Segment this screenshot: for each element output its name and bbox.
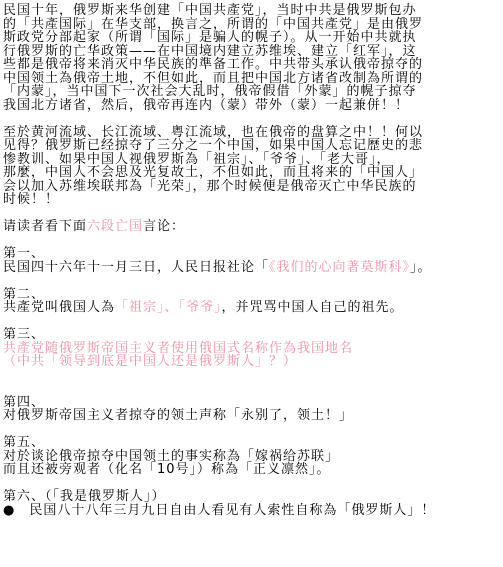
section1-post: 」。 [410,260,432,275]
blank-line [3,274,501,288]
paragraph2-line: 惨教训、如果中国人视俄罗斯為「祖宗」、「爷爷」、「老大哥」， [3,153,501,167]
paragraph2-line: 会以加入苏维埃联邦為「光荣」，那个时候便是俄帝灭亡中华民族的 [3,180,501,194]
paragraph1-line: 我国北方诸省，然后，俄帝再连内（蒙）带外（蒙）一起兼併！！ [3,99,501,113]
section6-text: 民国八十八年三月九日自由人看见有人索性自称為「俄罗斯人」！ [29,503,435,518]
section5-line: 对於谈论俄帝掠夺中国领土的事实称為「嫁祸给苏联」 [3,450,501,464]
paragraph1-line: 的「共產国际」在华支部，换言之，所谓的「中国共產党」是由俄罗 [3,18,501,32]
section2-highlight: 「祖宗」、「爷爷」 [115,300,222,315]
section2-label: 第二、 [3,288,501,302]
intro-pre: 请读者看下面 [3,219,87,234]
section3-highlight-line: 共產党随俄罗斯帝国主义者使用俄国式名称作為我国地名 [3,342,501,356]
bullet-icon: ● [3,504,14,518]
section4-line: 对俄罗斯帝国主义者掠夺的领土声称「永别了，领土！」 [3,409,501,423]
intro-highlight: 六段亡国 [87,219,143,234]
blank-line [3,234,501,248]
section3-label: 第三、 [3,328,501,342]
paragraph1-line: 民国十年，俄罗斯来华创建「中国共產党」，当时中共是俄罗斯包办 [3,4,501,18]
section2-post: ，并咒骂中国人自己的祖先。 [222,300,404,315]
paragraph2-line: 见得？俄罗斯已经掠夺了三分之一个中国，如果中国人忘记歷史的悲 [3,139,501,153]
page: { "colors": { "text": "#000000", "highli… [0,0,503,567]
document: 民国十年，俄罗斯来华创建「中国共產党」，当时中共是俄罗斯包办 的「共產国际」在华… [0,0,503,517]
paragraph2-line: 时候！！ [3,193,501,207]
blank-line [3,112,501,126]
section4-label: 第四、 [3,396,501,410]
blank-line [3,207,501,221]
paragraph1-line: 斯政党分部起家（所谓「国际」是骗人的幌子）。从一开始中共就执 [3,31,501,45]
section6-label: 第六、（「我是俄罗斯人」） [3,490,501,504]
section6-line: ●民国八十八年三月九日自由人看见有人索性自称為「俄罗斯人」！ [3,504,501,518]
section1-line: 民国四十六年十一月三日，人民日报社论「《我们的心向著莫斯科》」。 [3,261,501,275]
paragraph1-line: 行俄罗斯的亡华政策——在中国境内建立苏维埃、建立「红军」，这 [3,45,501,59]
section5-label: 第五、 [3,436,501,450]
blank-line [3,315,501,329]
paragraph1-line: 「内蒙」，当中国下一次社会大乱时，俄帝假借「外蒙」的幌子掠夺 [3,85,501,99]
section2-line: 共產党叫俄国人為「祖宗」、「爷爷」，并咒骂中国人自己的祖先。 [3,301,501,315]
intro-post: 言论： [143,219,185,234]
blank-line [3,382,501,396]
intro-line: 请读者看下面六段亡国言论： [3,220,501,234]
section1-highlight: 《我们的心向著莫斯科》 [269,260,410,275]
blank-line [3,369,501,383]
paragraph2-line: 那麼，中国人不会思及光复故土，不但如此，而且将来的「中国人」 [3,166,501,180]
paragraph2-line: 至於黄河流域、长江流域、粤江流域，也在俄帝的盘算之中！！何以 [3,126,501,140]
section3-highlight-line: （中共「领导到底是中国人还是俄罗斯人」？） [3,355,501,369]
blank-line [3,423,501,437]
section1-pre: 民国四十六年十一月三日，人民日报社论「 [3,260,269,275]
section1-label: 第一、 [3,247,501,261]
paragraph1-line: 中国领土為俄帝土地，不但如此，而且把中国北方诸省改制為所谓的 [3,72,501,86]
paragraph1-line: 些都是俄帝将来消灭中华民族的準备工作。中共带头承认俄帝掠夺的 [3,58,501,72]
blank-line [3,477,501,491]
section5-line: 而且还被旁观者（化名「10号」）称為「正义凛然」。 [3,463,501,477]
section2-pre: 共產党叫俄国人為 [3,300,115,315]
